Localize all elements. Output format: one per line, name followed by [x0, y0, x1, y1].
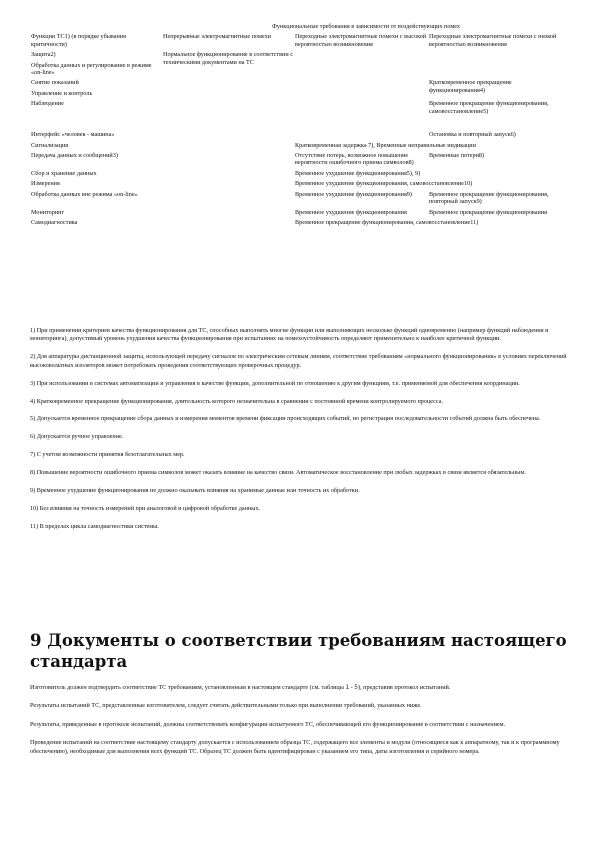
table-header-transient-low: Переходные электромагнитные помехи с низ…	[428, 32, 570, 50]
paragraph: Результаты, приведенные в протоколе испы…	[30, 721, 570, 729]
section-heading: 9 Документы о соответствии требованиям н…	[30, 630, 570, 672]
table-row: Измерения Временное ухудшение функционир…	[30, 179, 570, 189]
paragraph: Изготовитель должен подтвердить соответс…	[30, 684, 570, 692]
table-row: Обработка данных и регулирование в режим…	[30, 61, 570, 79]
table-row: Снятие показаний Кратковременное прекращ…	[30, 78, 570, 88]
table-row: Передача данных и сообщений3) Отсутствие…	[30, 151, 570, 169]
footnote: 11) В пределах цикла самодиагностики сис…	[30, 523, 570, 531]
footnote: 5) Допускается временное прекращение сбо…	[30, 415, 570, 423]
footnote: 3) При использовании в системах автомати…	[30, 380, 570, 388]
footnote: 9) Временное ухудшение функционирования …	[30, 487, 570, 495]
table-footnotes: 1) При применении критериев качества фун…	[30, 327, 570, 541]
table-row: Сигнализация Кратковременная задержка 7)…	[30, 141, 570, 151]
table-header-transient-high: Переходные электромагнитные помехи с выс…	[294, 32, 428, 50]
paragraph: Результаты испытаний ТС, представленные …	[30, 702, 570, 710]
footnote: 2) Для аппаратуры дистанционной защиты, …	[30, 353, 570, 370]
footnote: 4) Кратковременное прекращение функциони…	[30, 398, 570, 406]
table-row: Обработка данных вне режима «on-line» Вр…	[30, 190, 570, 208]
footnote: 10) Без влияния на точность измерений пр…	[30, 505, 570, 513]
footnote: 6) Допускается ручное управление.	[30, 433, 570, 441]
footnote: 1) При применении критериев качества фун…	[30, 327, 570, 344]
table-row: Защита2) Нормальное функционирование в с…	[30, 50, 570, 60]
footnote: 7) С учетом возможности принятия безотла…	[30, 451, 570, 459]
table-row: Мониторинг Временное ухудшение функциони…	[30, 208, 570, 218]
requirements-table: Функциональные требования в зависимости …	[30, 22, 570, 228]
table-row: Самодиагностика Временное прекращение фу…	[30, 218, 570, 228]
table-row: Наблюдение Временное прекращение функцио…	[30, 99, 570, 130]
table-header-functions: Функции ТС1) (в порядке убывания критичн…	[30, 32, 162, 50]
paragraph: Проведение испытаний на соответствие нас…	[30, 739, 570, 756]
table-group-title: Функциональные требования в зависимости …	[162, 22, 570, 32]
table-header-continuous: Непрерывные электромагнитные помехи	[162, 32, 294, 50]
footnote: 8) Повышение вероятности ошибочного прие…	[30, 469, 570, 477]
table-row: Сбор и хранение данных Временное ухудшен…	[30, 169, 570, 179]
section-body: Изготовитель должен подтвердить соответс…	[30, 684, 570, 766]
table-row: Интерфейс «человек - машина» Остановка и…	[30, 130, 570, 140]
